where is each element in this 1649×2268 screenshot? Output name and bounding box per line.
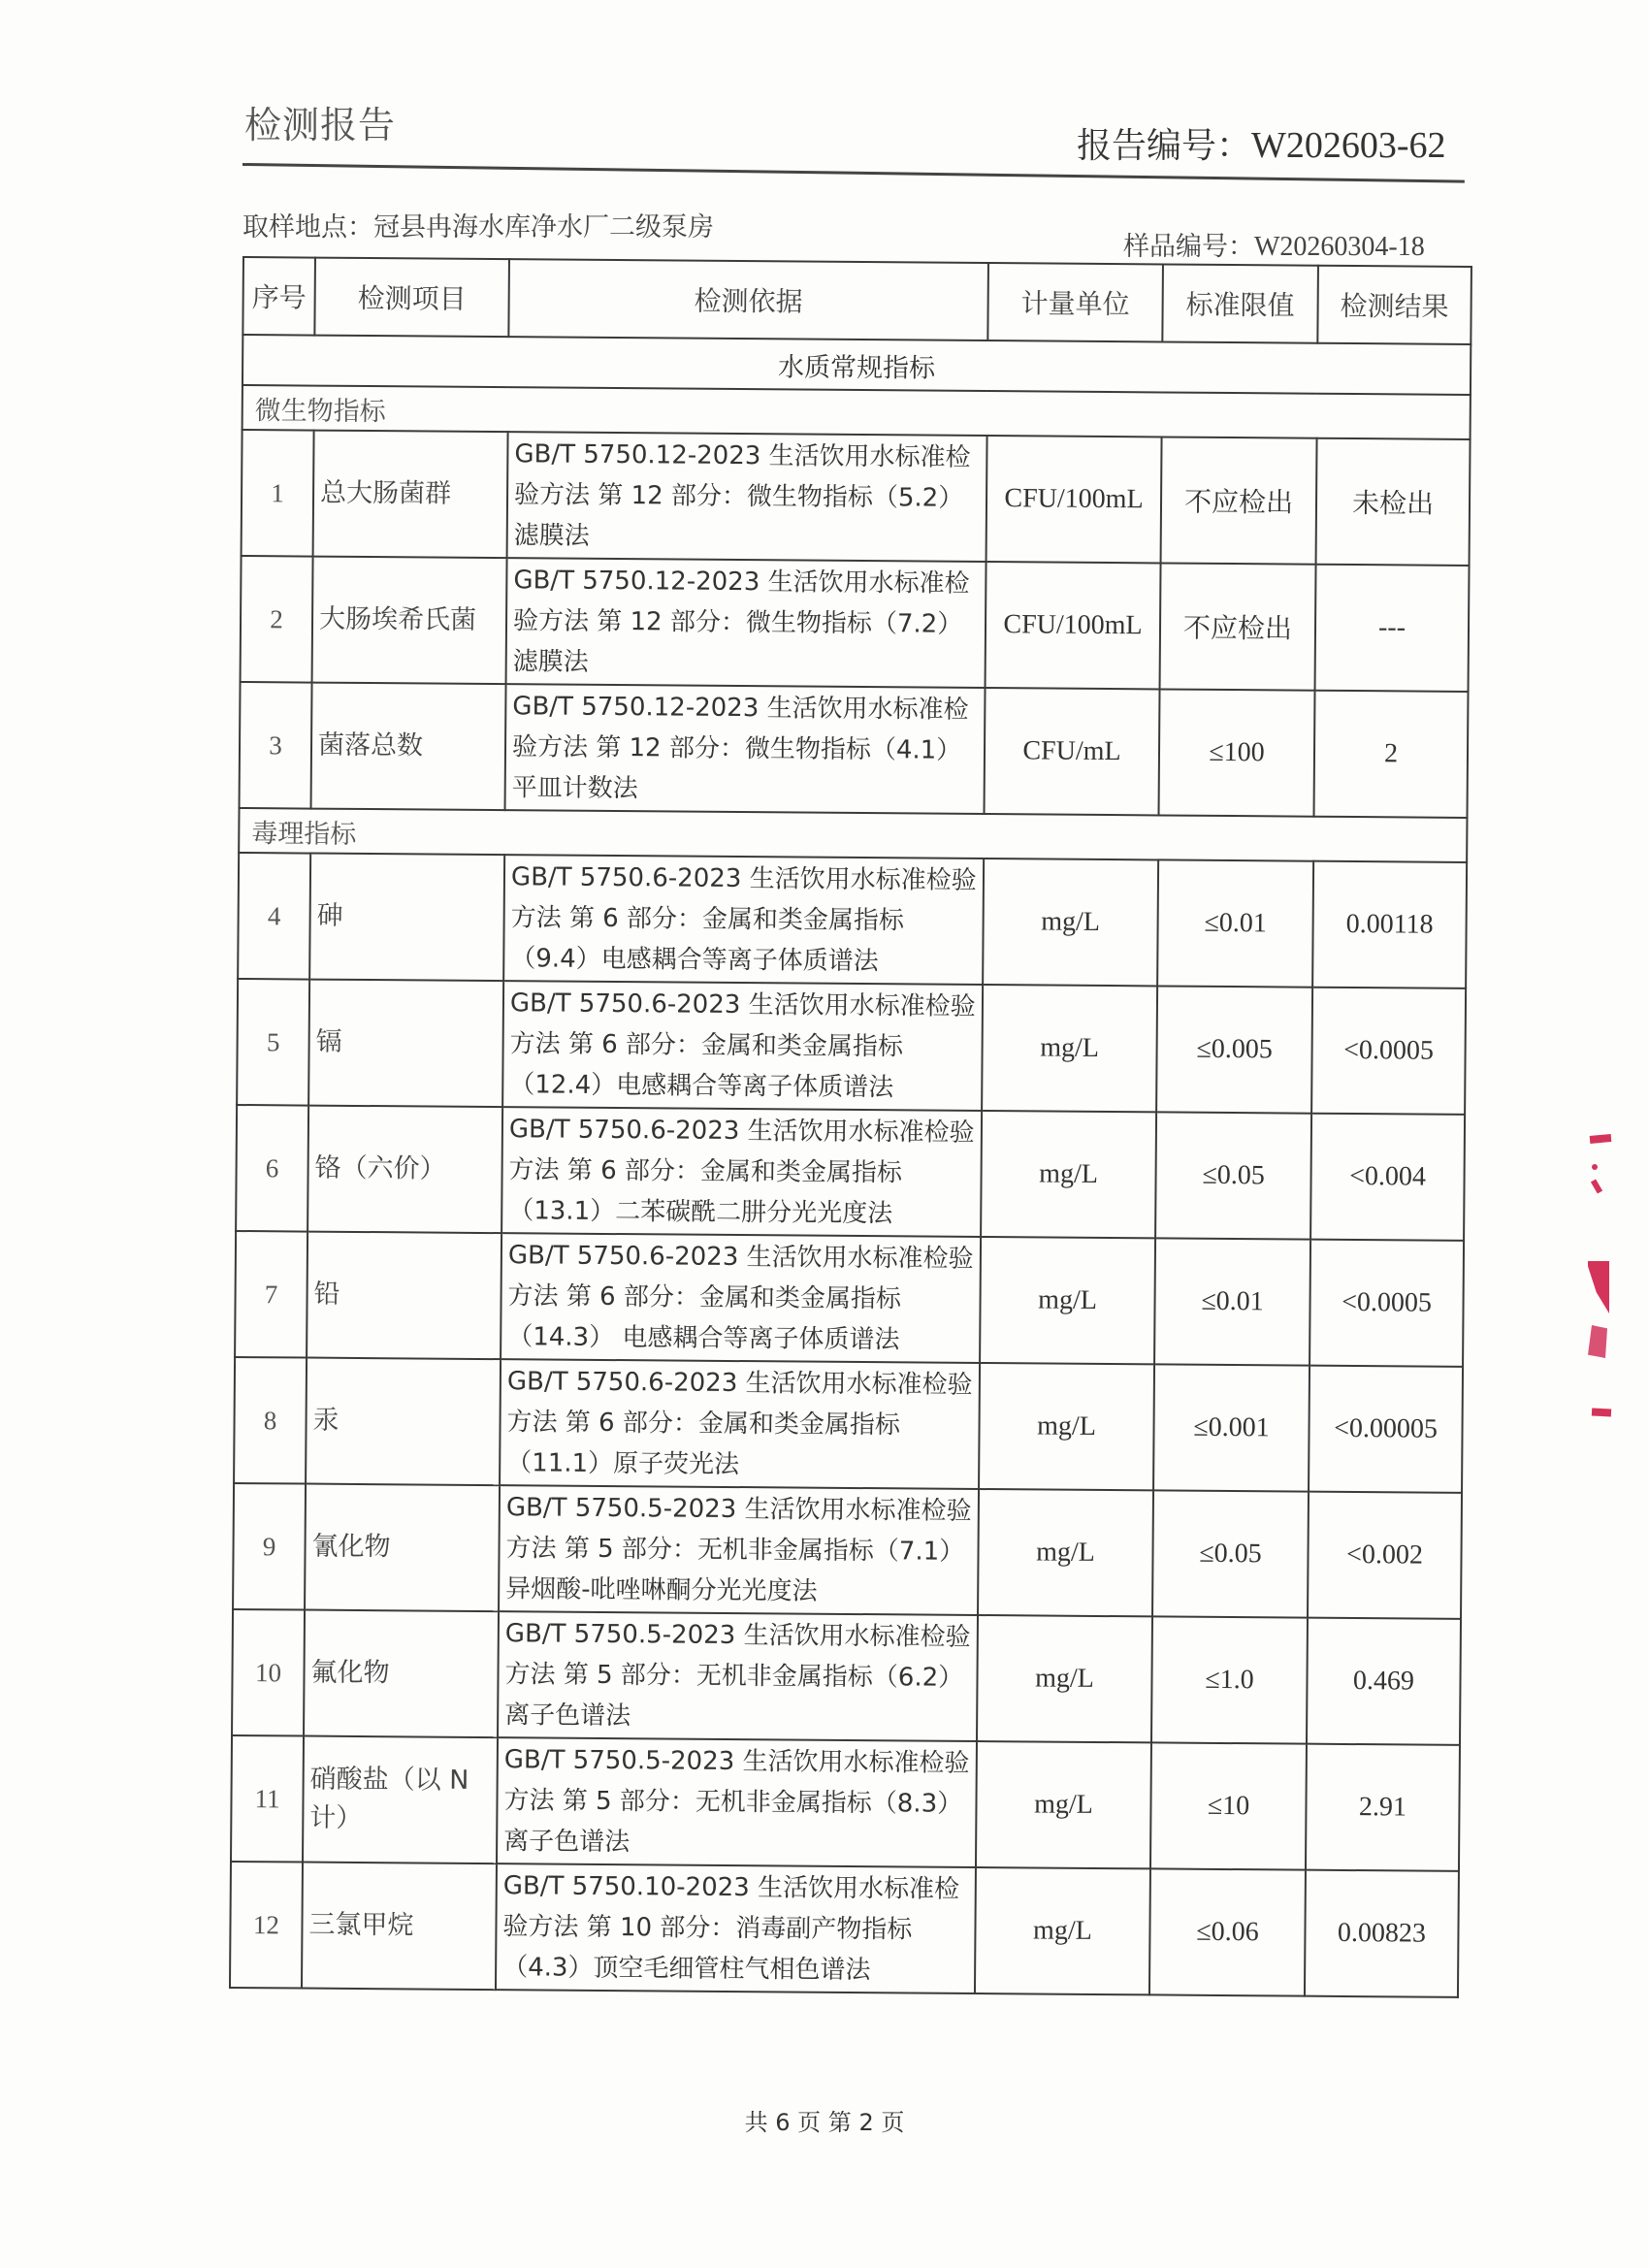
- standard-limit: 不应检出: [1160, 563, 1316, 690]
- standard-limit: ≤0.01: [1157, 859, 1313, 987]
- results-table: 序号 检测项目 检测依据 计量单位 标准限值 检测结果 水质常规指标 微生物指标…: [229, 256, 1472, 1998]
- standard-limit: ≤100: [1159, 689, 1315, 816]
- report-number-value: W202603-62: [1251, 125, 1446, 166]
- unit: CFU/100mL: [986, 562, 1161, 689]
- test-method: GB/T 5750.12-2023 生活饮用水标准检验方法 第 12 部分：微生…: [507, 432, 987, 562]
- table-row: 1总大肠菌群GB/T 5750.12-2023 生活饮用水标准检验方法 第 12…: [242, 430, 1471, 566]
- standard-limit: ≤10: [1150, 1742, 1307, 1869]
- row-number: 8: [234, 1357, 307, 1484]
- report-number-label: 报告编号：: [1077, 126, 1251, 166]
- table-row: 4砷GB/T 5750.6-2023 生活饮用水标准检验方法 第 6 部分：金属…: [238, 853, 1467, 988]
- test-result: 0.00118: [1312, 861, 1467, 988]
- test-result: 0.469: [1307, 1618, 1461, 1745]
- test-item: 砷: [309, 854, 504, 982]
- table-body: 水质常规指标 微生物指标1总大肠菌群GB/T 5750.12-2023 生活饮用…: [230, 335, 1471, 1997]
- unit: mg/L: [975, 1867, 1150, 1994]
- column-header-basis: 检测依据: [508, 259, 988, 340]
- unit: mg/L: [980, 1237, 1155, 1364]
- test-method: GB/T 5750.6-2023 生活饮用水标准检验方法 第 6 部分：金属和类…: [503, 855, 984, 985]
- test-item: 镉: [308, 980, 503, 1108]
- test-item: 氰化物: [305, 1484, 500, 1612]
- standard-limit: ≤0.05: [1155, 1112, 1311, 1239]
- unit: mg/L: [977, 1615, 1152, 1742]
- test-item: 大肠埃希氏菌: [312, 557, 507, 685]
- row-number: 9: [233, 1483, 306, 1610]
- table-row: 5镉GB/T 5750.6-2023 生活饮用水标准检验方法 第 6 部分：金属…: [237, 979, 1466, 1115]
- unit: CFU/mL: [985, 688, 1160, 815]
- test-method: GB/T 5750.5-2023 生活饮用水标准检验方法 第 5 部分：无机非金…: [499, 1485, 979, 1615]
- test-method: GB/T 5750.6-2023 生活饮用水标准检验方法 第 6 部分：金属和类…: [502, 981, 983, 1111]
- sample-number-value: W20260304-18: [1254, 232, 1425, 262]
- table-row: 10氟化物GB/T 5750.5-2023 生活饮用水标准检验方法 第 5 部分…: [232, 1609, 1461, 1745]
- test-item: 菌落总数: [311, 683, 506, 811]
- test-result: 2.91: [1306, 1744, 1460, 1871]
- column-header-item: 检测项目: [314, 258, 509, 338]
- test-item: 铬（六价）: [307, 1106, 502, 1234]
- unit: mg/L: [981, 1111, 1156, 1238]
- unit: mg/L: [982, 985, 1157, 1112]
- sample-location-label: 取样地点：: [242, 212, 373, 243]
- column-header-unit: 计量单位: [987, 263, 1163, 341]
- test-method: GB/T 5750.12-2023 生活饮用水标准检验方法 第 12 部分：微生…: [505, 684, 986, 814]
- test-item: 三氯甲烷: [302, 1863, 497, 1991]
- row-number: 11: [231, 1735, 304, 1863]
- unit: mg/L: [976, 1741, 1151, 1868]
- standard-limit: ≤0.001: [1153, 1364, 1309, 1491]
- row-number: 2: [241, 556, 313, 683]
- table-row: 6铬（六价）GB/T 5750.6-2023 生活饮用水标准检验方法 第 6 部…: [236, 1105, 1465, 1241]
- test-method: GB/T 5750.5-2023 生活饮用水标准检验方法 第 5 部分：无机非金…: [497, 1737, 977, 1867]
- test-result: 2: [1313, 691, 1468, 818]
- sample-location-value: 冠县冉海水库净水厂二级泵房: [373, 212, 714, 243]
- unit: mg/L: [978, 1489, 1153, 1616]
- test-item: 汞: [306, 1358, 501, 1486]
- table-row: 12三氯甲烷GB/T 5750.10-2023 生活饮用水标准检验方法 第 10…: [230, 1862, 1459, 1997]
- sample-location: 取样地点：冠县冉海水库净水厂二级泵房: [242, 206, 714, 243]
- test-result: <0.0005: [1309, 1240, 1464, 1367]
- test-result: <0.0005: [1311, 988, 1466, 1115]
- sample-number-label: 样品编号：: [1123, 232, 1254, 262]
- row-number: 1: [242, 430, 314, 557]
- test-method: GB/T 5750.6-2023 生活饮用水标准检验方法 第 6 部分：金属和类…: [500, 1359, 980, 1489]
- table-row: 9氰化物GB/T 5750.5-2023 生活饮用水标准检验方法 第 5 部分：…: [233, 1483, 1462, 1619]
- sample-number: 样品编号：W20260304-18: [1123, 225, 1425, 263]
- table-row: 2大肠埃希氏菌GB/T 5750.12-2023 生活饮用水标准检验方法 第 1…: [241, 556, 1470, 692]
- test-result: 0.00823: [1305, 1870, 1459, 1997]
- test-result: <0.00005: [1309, 1366, 1463, 1493]
- test-result: <0.004: [1310, 1114, 1465, 1241]
- standard-limit: 不应检出: [1161, 437, 1317, 564]
- table-row: 7铅GB/T 5750.6-2023 生活饮用水标准检验方法 第 6 部分：金属…: [235, 1231, 1464, 1367]
- test-item: 总大肠菌群: [313, 431, 508, 559]
- results-table-container: 序号 检测项目 检测依据 计量单位 标准限值 检测结果 水质常规指标 微生物指标…: [229, 256, 1471, 1998]
- column-header-no: 序号: [242, 257, 315, 336]
- test-method: GB/T 5750.10-2023 生活饮用水标准检验方法 第 10 部分：消毒…: [496, 1863, 976, 1993]
- table-header-row: 序号 检测项目 检测依据 计量单位 标准限值 检测结果: [242, 257, 1471, 344]
- test-item: 铅: [307, 1232, 501, 1360]
- row-number: 6: [236, 1105, 308, 1232]
- table-row: 11硝酸盐（以 N 计）GB/T 5750.5-2023 生活饮用水标准检验方法…: [231, 1735, 1460, 1871]
- standard-limit: ≤0.06: [1149, 1868, 1306, 1995]
- table-row: 8汞GB/T 5750.6-2023 生活饮用水标准检验方法 第 6 部分：金属…: [234, 1357, 1463, 1493]
- test-method: GB/T 5750.5-2023 生活饮用水标准检验方法 第 5 部分：无机非金…: [498, 1611, 978, 1741]
- test-result: ---: [1315, 565, 1470, 692]
- column-header-result: 检测结果: [1317, 266, 1471, 344]
- page-footer: 共 6 页 第 2 页: [0, 2103, 1649, 2137]
- standard-limit: ≤0.05: [1152, 1490, 1309, 1617]
- test-result: 未检出: [1316, 438, 1471, 566]
- row-number: 5: [237, 979, 309, 1106]
- test-item: 氟化物: [304, 1610, 499, 1738]
- report-number: 报告编号：W202603-62: [1077, 118, 1446, 168]
- standard-limit: ≤0.005: [1156, 986, 1312, 1113]
- test-method: GB/T 5750.6-2023 生活饮用水标准检验方法 第 6 部分：金属和类…: [501, 1107, 982, 1237]
- test-method: GB/T 5750.6-2023 生活饮用水标准检验方法 第 6 部分：金属和类…: [501, 1233, 981, 1363]
- column-header-limit: 标准限值: [1162, 264, 1318, 342]
- test-item: 硝酸盐（以 N 计）: [303, 1736, 498, 1864]
- unit: mg/L: [979, 1363, 1154, 1490]
- row-number: 3: [240, 682, 312, 809]
- row-number: 10: [232, 1609, 305, 1736]
- standard-limit: ≤1.0: [1151, 1616, 1308, 1743]
- document-title: 检测报告: [244, 95, 396, 148]
- row-number: 4: [238, 853, 310, 980]
- table-row: 3菌落总数GB/T 5750.12-2023 生活饮用水标准检验方法 第 12 …: [240, 682, 1469, 818]
- red-seal-stamp-fragment: [1576, 1135, 1615, 1426]
- standard-limit: ≤0.01: [1154, 1238, 1310, 1365]
- test-method: GB/T 5750.12-2023 生活饮用水标准检验方法 第 12 部分：微生…: [506, 558, 986, 688]
- row-number: 12: [230, 1862, 303, 1989]
- row-number: 7: [235, 1231, 307, 1358]
- unit: mg/L: [983, 859, 1158, 986]
- test-result: <0.002: [1308, 1492, 1462, 1619]
- unit: CFU/100mL: [986, 436, 1162, 563]
